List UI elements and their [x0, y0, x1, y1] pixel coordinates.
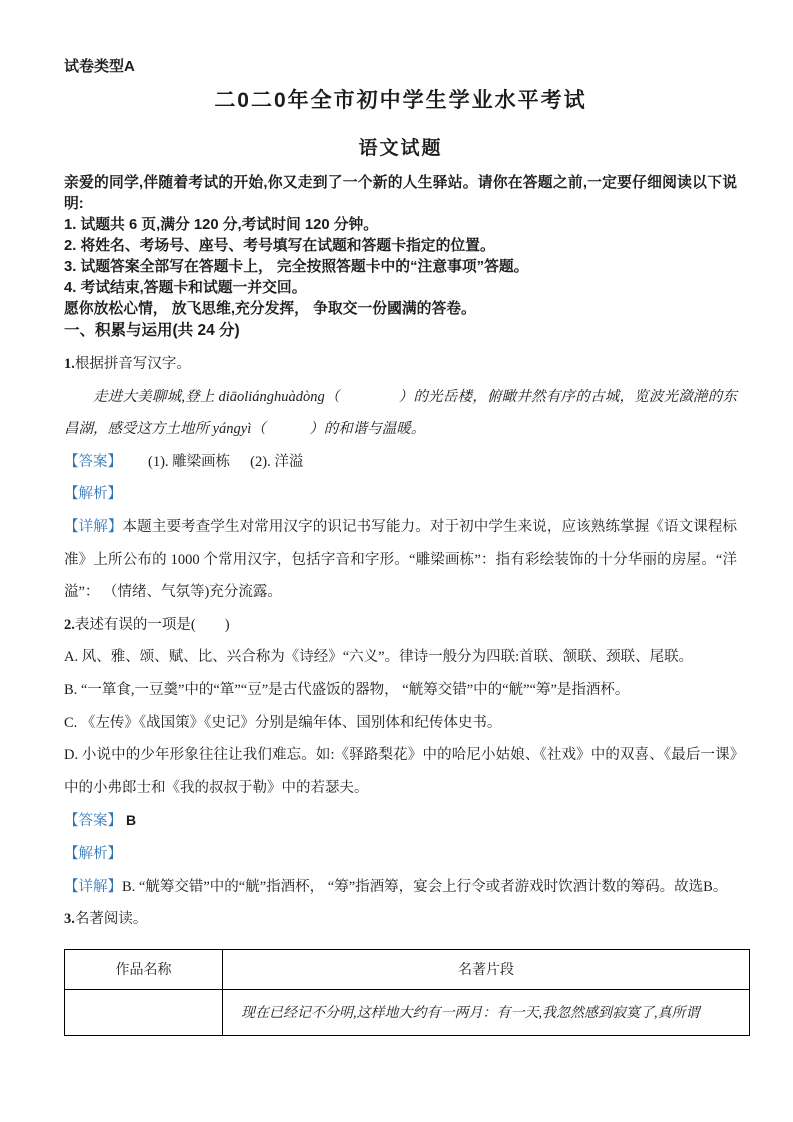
- q2-answer-line: 【答案】B: [64, 804, 737, 838]
- q3-works-table: 作品名称 名著片段 现在已经记不分明,这样地大约有一两月：有一天,我忽然感到寂寞…: [64, 949, 750, 1036]
- table-cell-work-name: [65, 989, 223, 1035]
- exam-notice-block: 亲爱的同学,伴随着考试的开始,你又走到了一个新的人生驿站。请你在答题之前,一定要…: [64, 173, 737, 341]
- exam-subtitle: 语文试题: [64, 138, 737, 160]
- exam-title: 二0二0年全市初中学生学业水平考试: [64, 89, 737, 113]
- q3-stem-text: 名著阅读。: [75, 911, 148, 927]
- q1-answer-label: 【答案】: [64, 454, 122, 470]
- q1-answer-item-2: (2). 洋溢: [250, 454, 303, 470]
- q2-answer-choice: B: [126, 812, 136, 828]
- q2-option-d: D. 小说中的少年形象往往让我们难忘。如:《驿路梨花》中的哈尼小姑娘、《社戏》中…: [64, 739, 737, 804]
- notice-item-3: 3. 试题答案全部写在答题卡上， 完全按照答题卡中的“注意事项”答题。: [64, 257, 737, 278]
- table-header-fragment: 名著片段: [223, 949, 750, 989]
- q2-stem: 2.表述有误的一项是( ): [64, 609, 737, 642]
- section-1-heading: 一、积累与运用(共 24 分): [64, 320, 737, 341]
- table-header-row: 作品名称 名著片段: [65, 949, 750, 989]
- q3-stem: 3.名著阅读。: [64, 903, 737, 936]
- exam-wish: 愿你放松心情， 放飞思维,充分发挥， 争取交一份國满的答卷。: [64, 299, 737, 320]
- notice-item-1: 1. 试题共 6 页,满分 120 分,考试时间 120 分钟。: [64, 215, 737, 236]
- notice-intro: 亲爱的同学,伴随着考试的开始,你又走到了一个新的人生驿站。请你在答题之前,一定要…: [64, 173, 737, 215]
- q1-detail: 【详解】本题主要考查学生对常用汉字的识记书写能力。对于初中学生来说，应该熟练掌握…: [64, 511, 737, 609]
- q2-option-b: B. “一箪食,一豆羹”中的“箪”“豆”是古代盛饭的器物， “觥筹交错”中的“觥…: [64, 674, 737, 707]
- notice-item-4: 4. 考试结束,答题卡和试题一并交回。: [64, 278, 737, 299]
- q1-stem-text: 根据拼音写汉字。: [75, 356, 191, 372]
- q1-number: 1.: [64, 356, 75, 372]
- q2-answer-label: 【答案】: [64, 813, 122, 829]
- table-cell-fragment: 现在已经记不分明,这样地大约有一两月：有一天,我忽然感到寂寞了,真所谓: [223, 989, 750, 1035]
- q2-number: 2.: [64, 617, 75, 633]
- q2-analysis-label: 【解析】: [64, 846, 122, 862]
- q2-option-a: A. 风、雅、颂、赋、比、兴合称为《诗经》“六义”。律诗一般分为四联:首联、颔联…: [64, 641, 737, 674]
- q1-answer-line: 【答案】(1). 雕梁画栋(2). 洋溢: [64, 446, 737, 479]
- questions-block: 1.根据拼音写汉字。 走进大美聊城,登上 diāoliánghuàdòng（ ）…: [64, 348, 737, 936]
- q1-answer-item-1: (1). 雕梁画栋: [148, 454, 230, 470]
- q3-number: 3.: [64, 911, 75, 927]
- q1-passage: 走进大美聊城,登上 diāoliánghuàdòng（ ）的光岳楼，俯瞰井然有序…: [64, 381, 737, 446]
- q1-detail-label: 【详解】: [64, 519, 123, 535]
- q1-detail-text: 本题主要考查学生对常用汉字的识记书写能力。对于初中学生来说，应该熟练掌握《语文课…: [64, 519, 737, 600]
- q2-stem-text: 表述有误的一项是( ): [75, 617, 230, 633]
- notice-item-2: 2. 将姓名、考场号、座号、考号填写在试题和答题卡指定的位置。: [64, 236, 737, 257]
- paper-type-label: 试卷类型A: [64, 58, 737, 76]
- q1-analysis-line: 【解析】: [64, 478, 737, 511]
- q2-analysis-line: 【解析】: [64, 838, 737, 871]
- q2-detail-label: 【详解】: [64, 879, 122, 895]
- exam-document-page: 试卷类型A 二0二0年全市初中学生学业水平考试 语文试题 亲爱的同学,伴随着考试…: [0, 0, 793, 1122]
- q2-option-c: C. 《左传》《战国策》《史记》分别是编年体、国别体和纪传体史书。: [64, 707, 737, 740]
- q2-detail: 【详解】B. “觥筹交错”中的“觥”指酒杯， “筹”指酒筹，宴会上行令或者游戏时…: [64, 871, 737, 904]
- q1-analysis-label: 【解析】: [64, 486, 122, 502]
- q2-detail-text: B. “觥筹交错”中的“觥”指酒杯， “筹”指酒筹，宴会上行令或者游戏时饮酒计数…: [122, 879, 727, 895]
- q1-stem: 1.根据拼音写汉字。: [64, 348, 737, 381]
- table-header-work-name: 作品名称: [65, 949, 223, 989]
- table-row: 现在已经记不分明,这样地大约有一两月：有一天,我忽然感到寂寞了,真所谓: [65, 989, 750, 1035]
